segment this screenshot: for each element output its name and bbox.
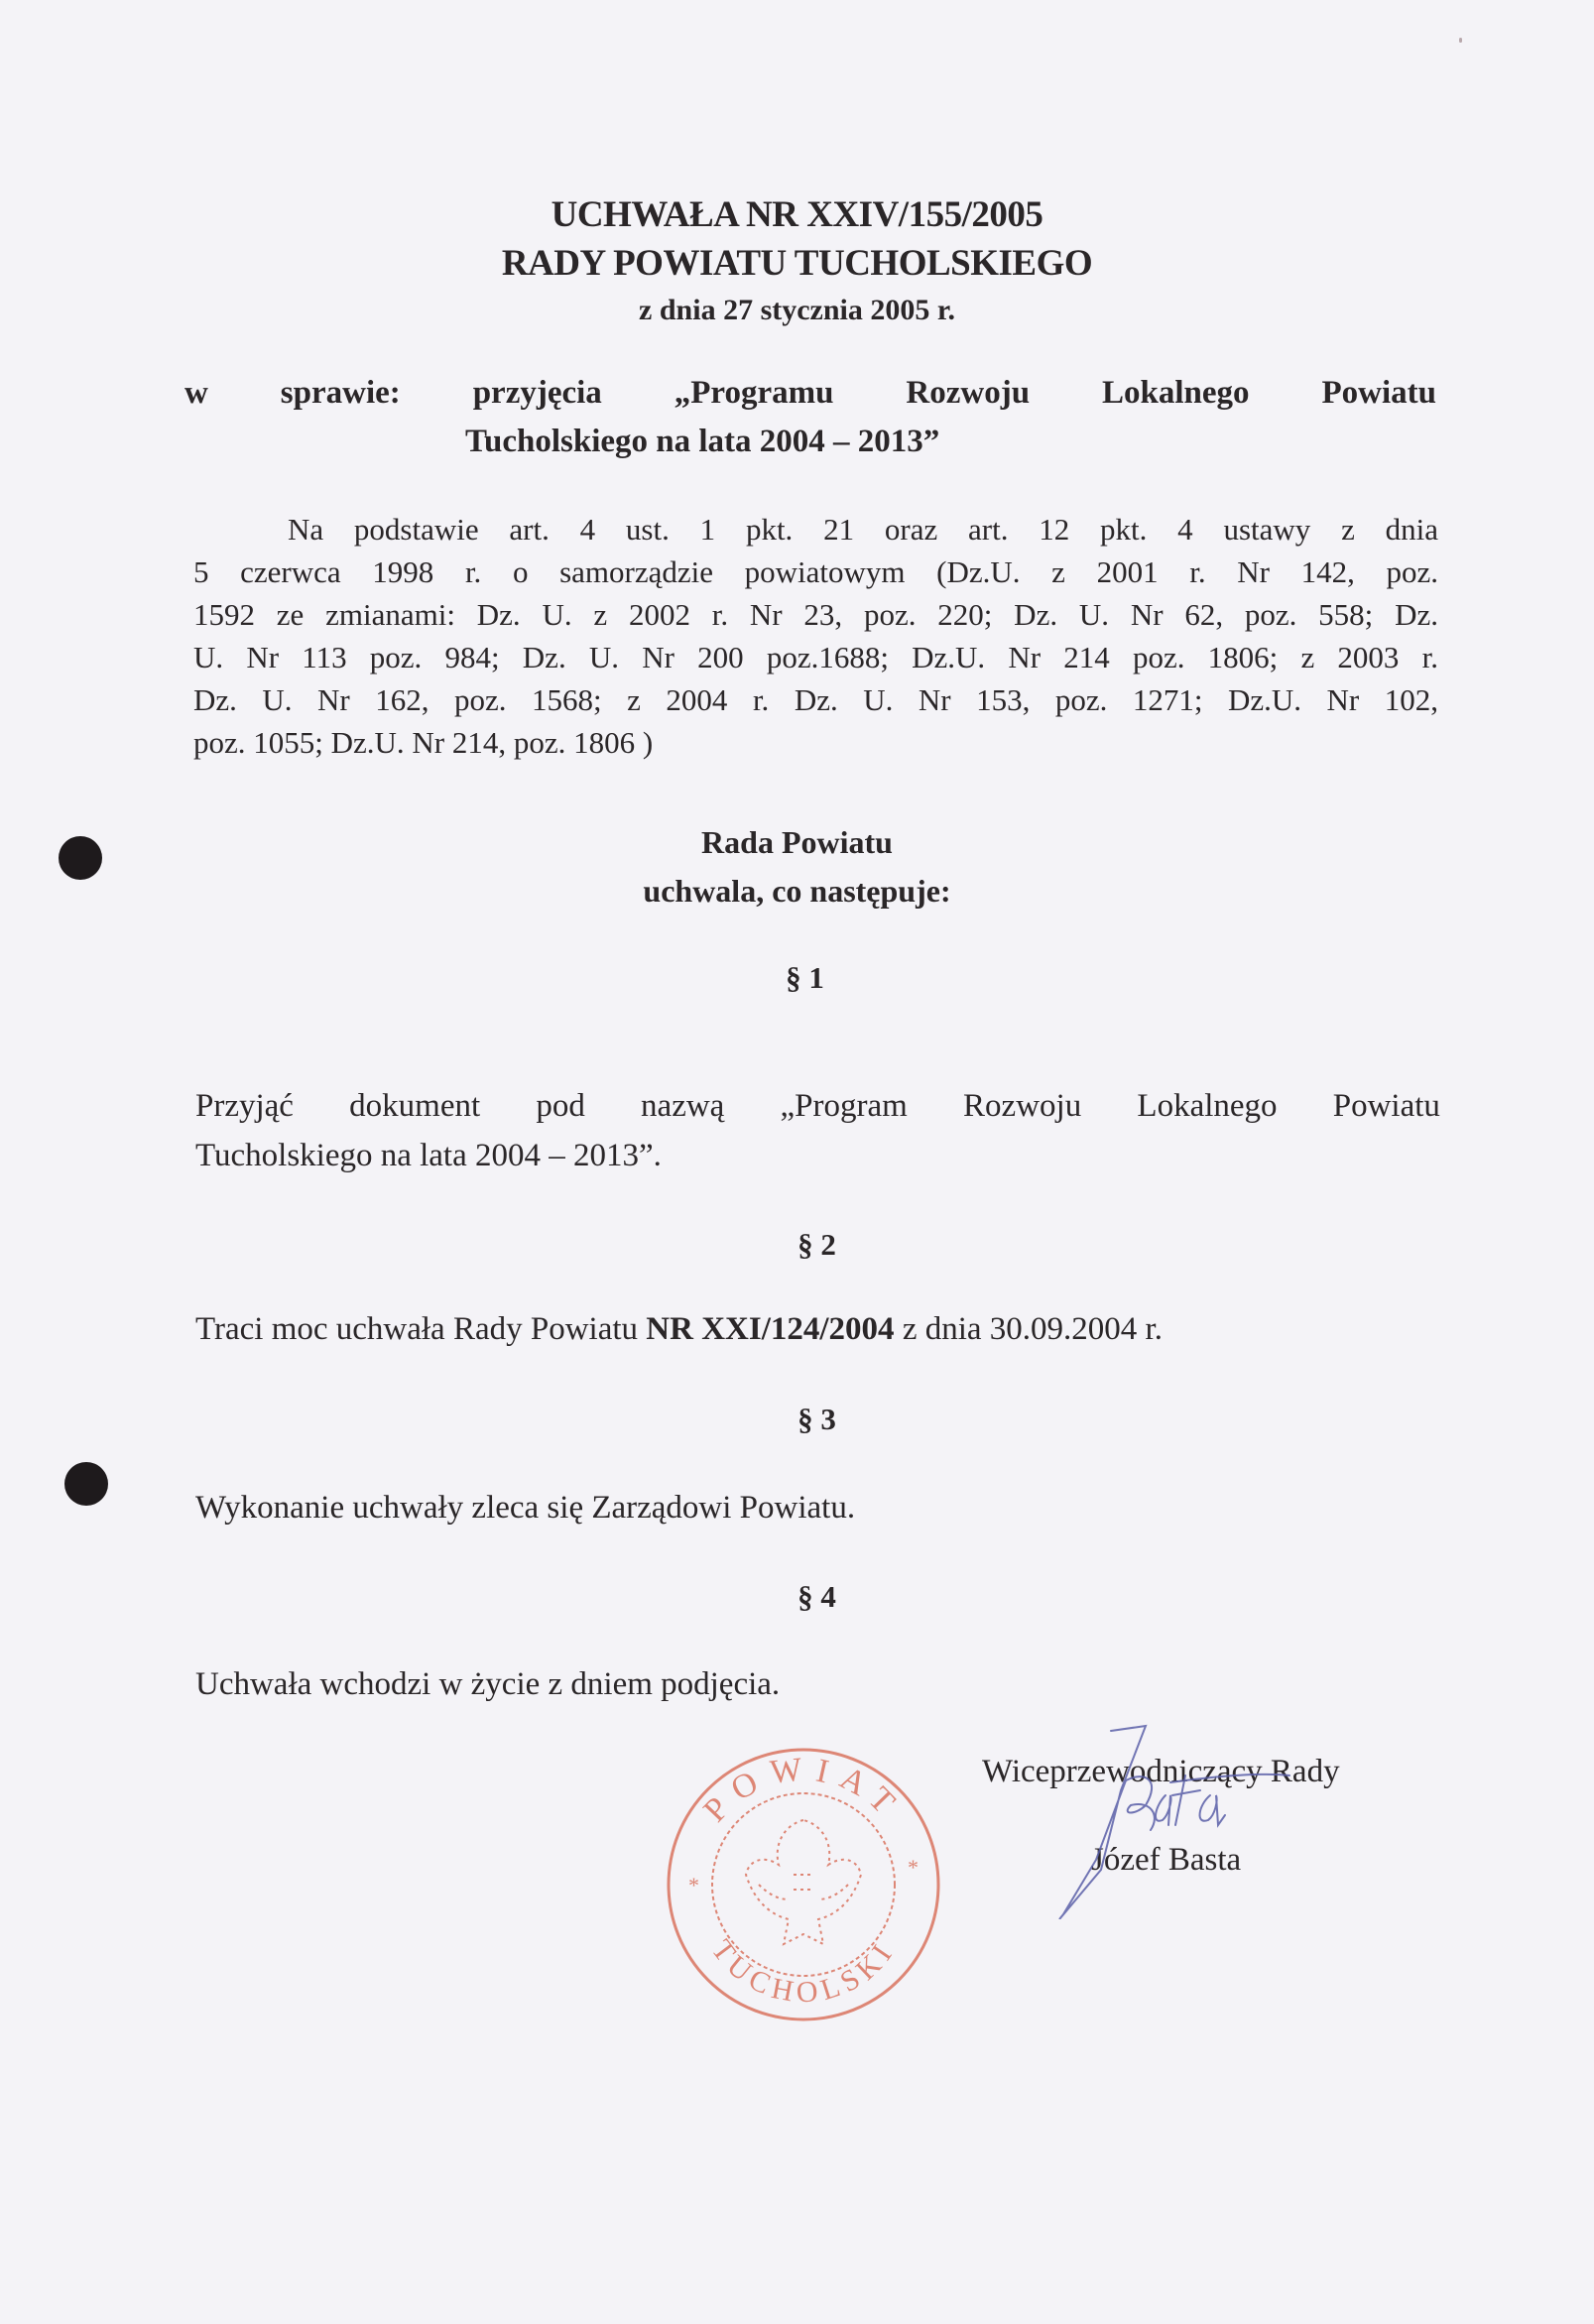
subject-line-1: w sprawie: przyjęcia „Programu Rozwoju L… bbox=[184, 375, 1436, 412]
subject-word: Powiatu bbox=[1321, 375, 1436, 412]
repealed-resolution-number: NR XXI/124/2004 bbox=[646, 1311, 894, 1347]
section-1-word: Powiatu bbox=[1333, 1088, 1440, 1125]
section-2-label: § 2 bbox=[20, 1227, 1594, 1263]
section-3-text: Wykonanie uchwały zleca się Zarządowi Po… bbox=[195, 1490, 855, 1527]
subject-word: „Programu bbox=[674, 375, 834, 412]
section-1-word: „Program bbox=[781, 1088, 908, 1125]
legal-basis-line: Na podstawie art. 4 ust. 1 pkt. 21 oraz … bbox=[193, 508, 1438, 550]
subject-word: sprawie: bbox=[281, 375, 401, 412]
subject-word: Rozwoju bbox=[906, 375, 1030, 412]
resolves-heading-1: Rada Powiatu bbox=[0, 824, 1594, 861]
eagle-emblem-icon bbox=[746, 1820, 861, 1944]
section-1-text-line-1: Przyjąć dokument pod nazwą „Program Rozw… bbox=[195, 1088, 1440, 1125]
section-2-text: Traci moc uchwała Rady Powiatu NR XXI/12… bbox=[195, 1311, 1163, 1348]
section-2-text-part: z dnia 30.09.2004 r. bbox=[895, 1311, 1163, 1347]
resolution-issuer: RADY POWIATU TUCHOLSKIEGO bbox=[0, 242, 1594, 285]
seal-bottom-text: TUCHOLSKI bbox=[705, 1934, 902, 2010]
resolution-date: z dnia 27 stycznia 2005 r. bbox=[0, 294, 1594, 327]
legal-basis-line: U. Nr 113 poz. 984; Dz. U. Nr 200 poz.16… bbox=[193, 636, 1438, 678]
section-1-word: Lokalnego bbox=[1137, 1088, 1277, 1125]
legal-basis-line: 1592 ze zmianami: Dz. U. z 2002 r. Nr 23… bbox=[193, 593, 1438, 636]
subject-word: w bbox=[184, 375, 208, 412]
section-1-word: Rozwoju bbox=[963, 1088, 1081, 1125]
section-2-text-part: Traci moc uchwała Rady Powiatu bbox=[195, 1311, 646, 1347]
seal-top-text: POWIAT bbox=[696, 1750, 910, 1829]
section-1-word: dokument bbox=[349, 1088, 480, 1125]
section-3-label: § 3 bbox=[20, 1402, 1594, 1437]
section-1-word: Przyjąć bbox=[195, 1088, 294, 1125]
section-1-word: nazwą bbox=[641, 1088, 724, 1125]
scanned-document-page: UCHWAŁA NR XXIV/155/2005 RADY POWIATU TU… bbox=[0, 0, 1594, 2324]
section-4-label: § 4 bbox=[20, 1579, 1594, 1615]
legal-basis-line: Dz. U. Nr 162, poz. 1568; z 2004 r. Dz. … bbox=[193, 678, 1438, 721]
section-1-text-line-2: Tucholskiego na lata 2004 – 2013”. bbox=[195, 1138, 662, 1174]
scan-speck bbox=[1459, 38, 1462, 43]
legal-basis-line: poz. 1055; Dz.U. Nr 214, poz. 1806 ) bbox=[193, 721, 1438, 764]
subject-word: przyjęcia bbox=[473, 375, 602, 412]
section-1-label: § 1 bbox=[8, 960, 1594, 996]
section-4-text: Uchwała wchodzi w życie z dniem podjęcia… bbox=[195, 1666, 780, 1703]
official-seal-stamp: POWIAT TUCHOLSKI * * bbox=[655, 1736, 952, 2033]
seal-star-right-icon: * bbox=[908, 1855, 919, 1880]
resolves-heading-2: uchwala, co następuje: bbox=[0, 873, 1594, 910]
subject-line-2: Tucholskiego na lata 2004 – 2013” bbox=[465, 424, 939, 460]
punch-hole-bottom bbox=[64, 1462, 108, 1506]
subject-word: Lokalnego bbox=[1102, 375, 1250, 412]
legal-basis-line: 5 czerwca 1998 r. o samorządzie powiatow… bbox=[193, 550, 1438, 593]
resolution-title: UCHWAŁA NR XXIV/155/2005 bbox=[0, 193, 1594, 236]
section-1-word: pod bbox=[536, 1088, 585, 1125]
seal-star-left-icon: * bbox=[688, 1873, 699, 1897]
handwritten-signature bbox=[1051, 1721, 1349, 1919]
legal-basis-paragraph: Na podstawie art. 4 ust. 1 pkt. 21 oraz … bbox=[193, 508, 1438, 764]
